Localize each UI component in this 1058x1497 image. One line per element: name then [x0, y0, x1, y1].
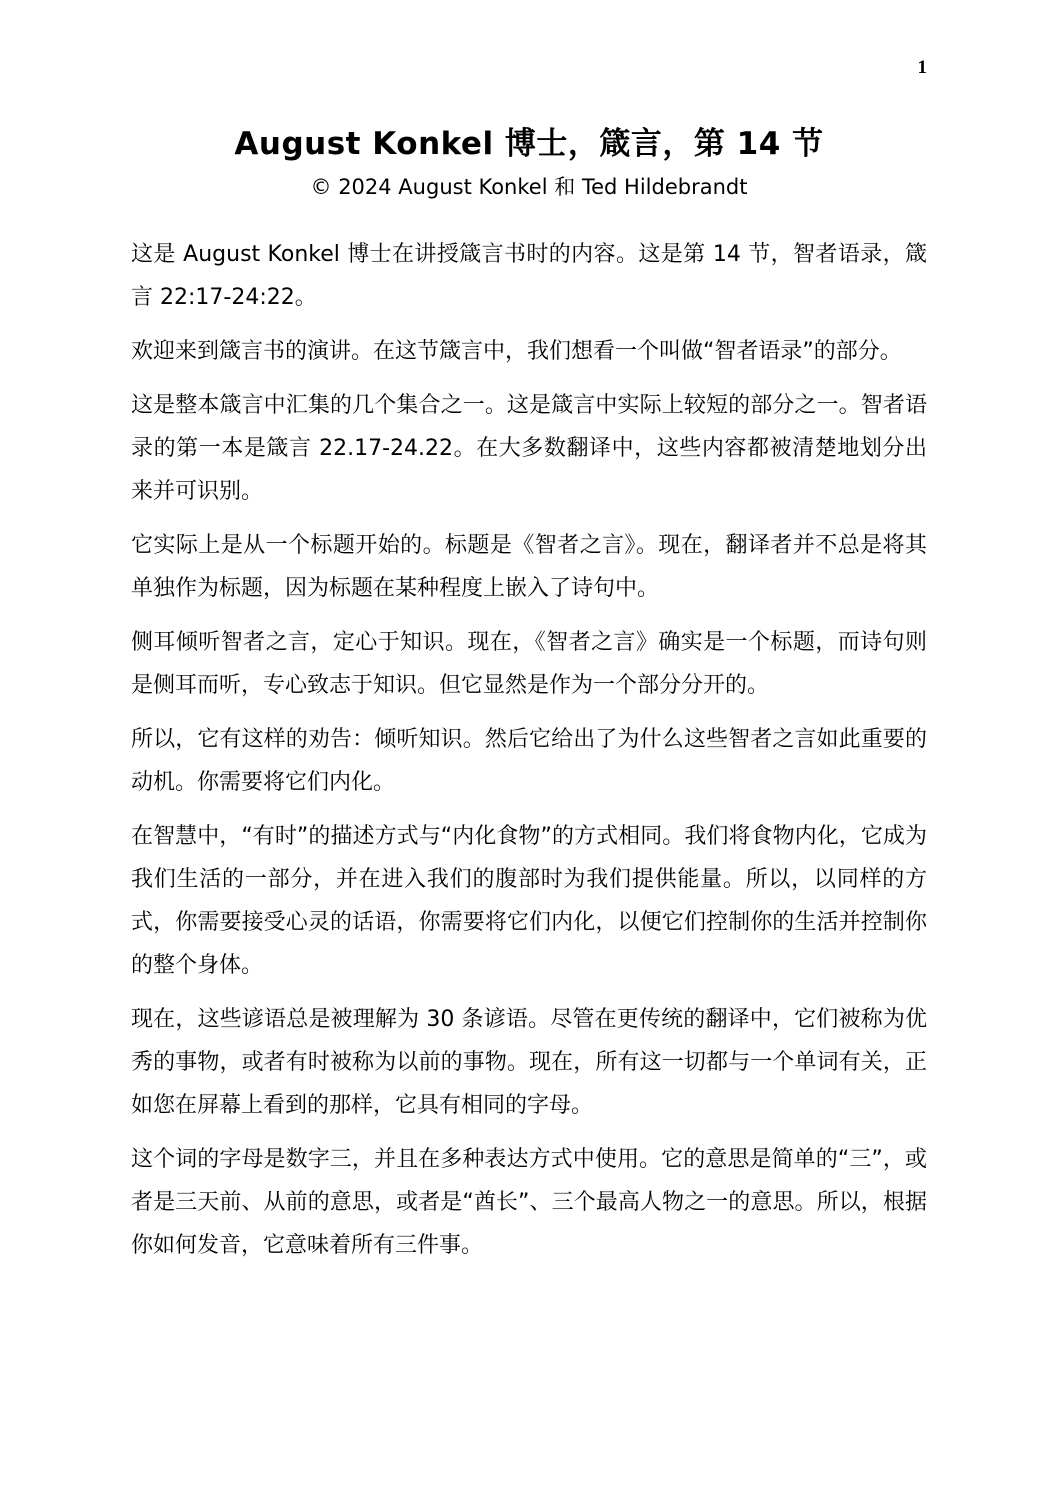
copyright-line: © 2024 August Konkel 和 Ted Hildebrandt: [131, 173, 927, 201]
paragraph-1: 这是 August Konkel 博士在讲授箴言书时的内容。这是第 14 节，智…: [131, 233, 927, 319]
paragraph-2: 欢迎来到箴言书的演讲。在这节箴言中，我们想看一个叫做“智者语录”的部分。: [131, 330, 927, 373]
paragraph-8: 现在，这些谚语总是被理解为 30 条谚语。尽管在更传统的翻译中，它们被称为优秀的…: [131, 998, 927, 1127]
paragraph-5: 侧耳倾听智者之言，定心于知识。现在，《智者之言》确实是一个标题，而诗句则是侧耳而…: [131, 621, 927, 707]
document-body: 这是 August Konkel 博士在讲授箴言书时的内容。这是第 14 节，智…: [131, 233, 927, 1267]
paragraph-4: 它实际上是从一个标题开始的。标题是《智者之言》。现在，翻译者并不总是将其单独作为…: [131, 524, 927, 610]
paragraph-7: 在智慧中，“有时”的描述方式与“内化食物”的方式相同。我们将食物内化，它成为我们…: [131, 815, 927, 987]
paragraph-6: 所以，它有这样的劝告：倾听知识。然后它给出了为什么这些智者之言如此重要的动机。你…: [131, 718, 927, 804]
paragraph-3: 这是整本箴言中汇集的几个集合之一。这是箴言中实际上较短的部分之一。智者语录的第一…: [131, 384, 927, 513]
paragraph-9: 这个词的字母是数字三，并且在多种表达方式中使用。它的意思是简单的“三”，或者是三…: [131, 1138, 927, 1267]
document-title: August Konkel 博士，箴言，第 14 节: [131, 124, 927, 164]
document-page: 1 August Konkel 博士，箴言，第 14 节 © 2024 Augu…: [0, 0, 1058, 1497]
page-number: 1: [131, 56, 927, 80]
